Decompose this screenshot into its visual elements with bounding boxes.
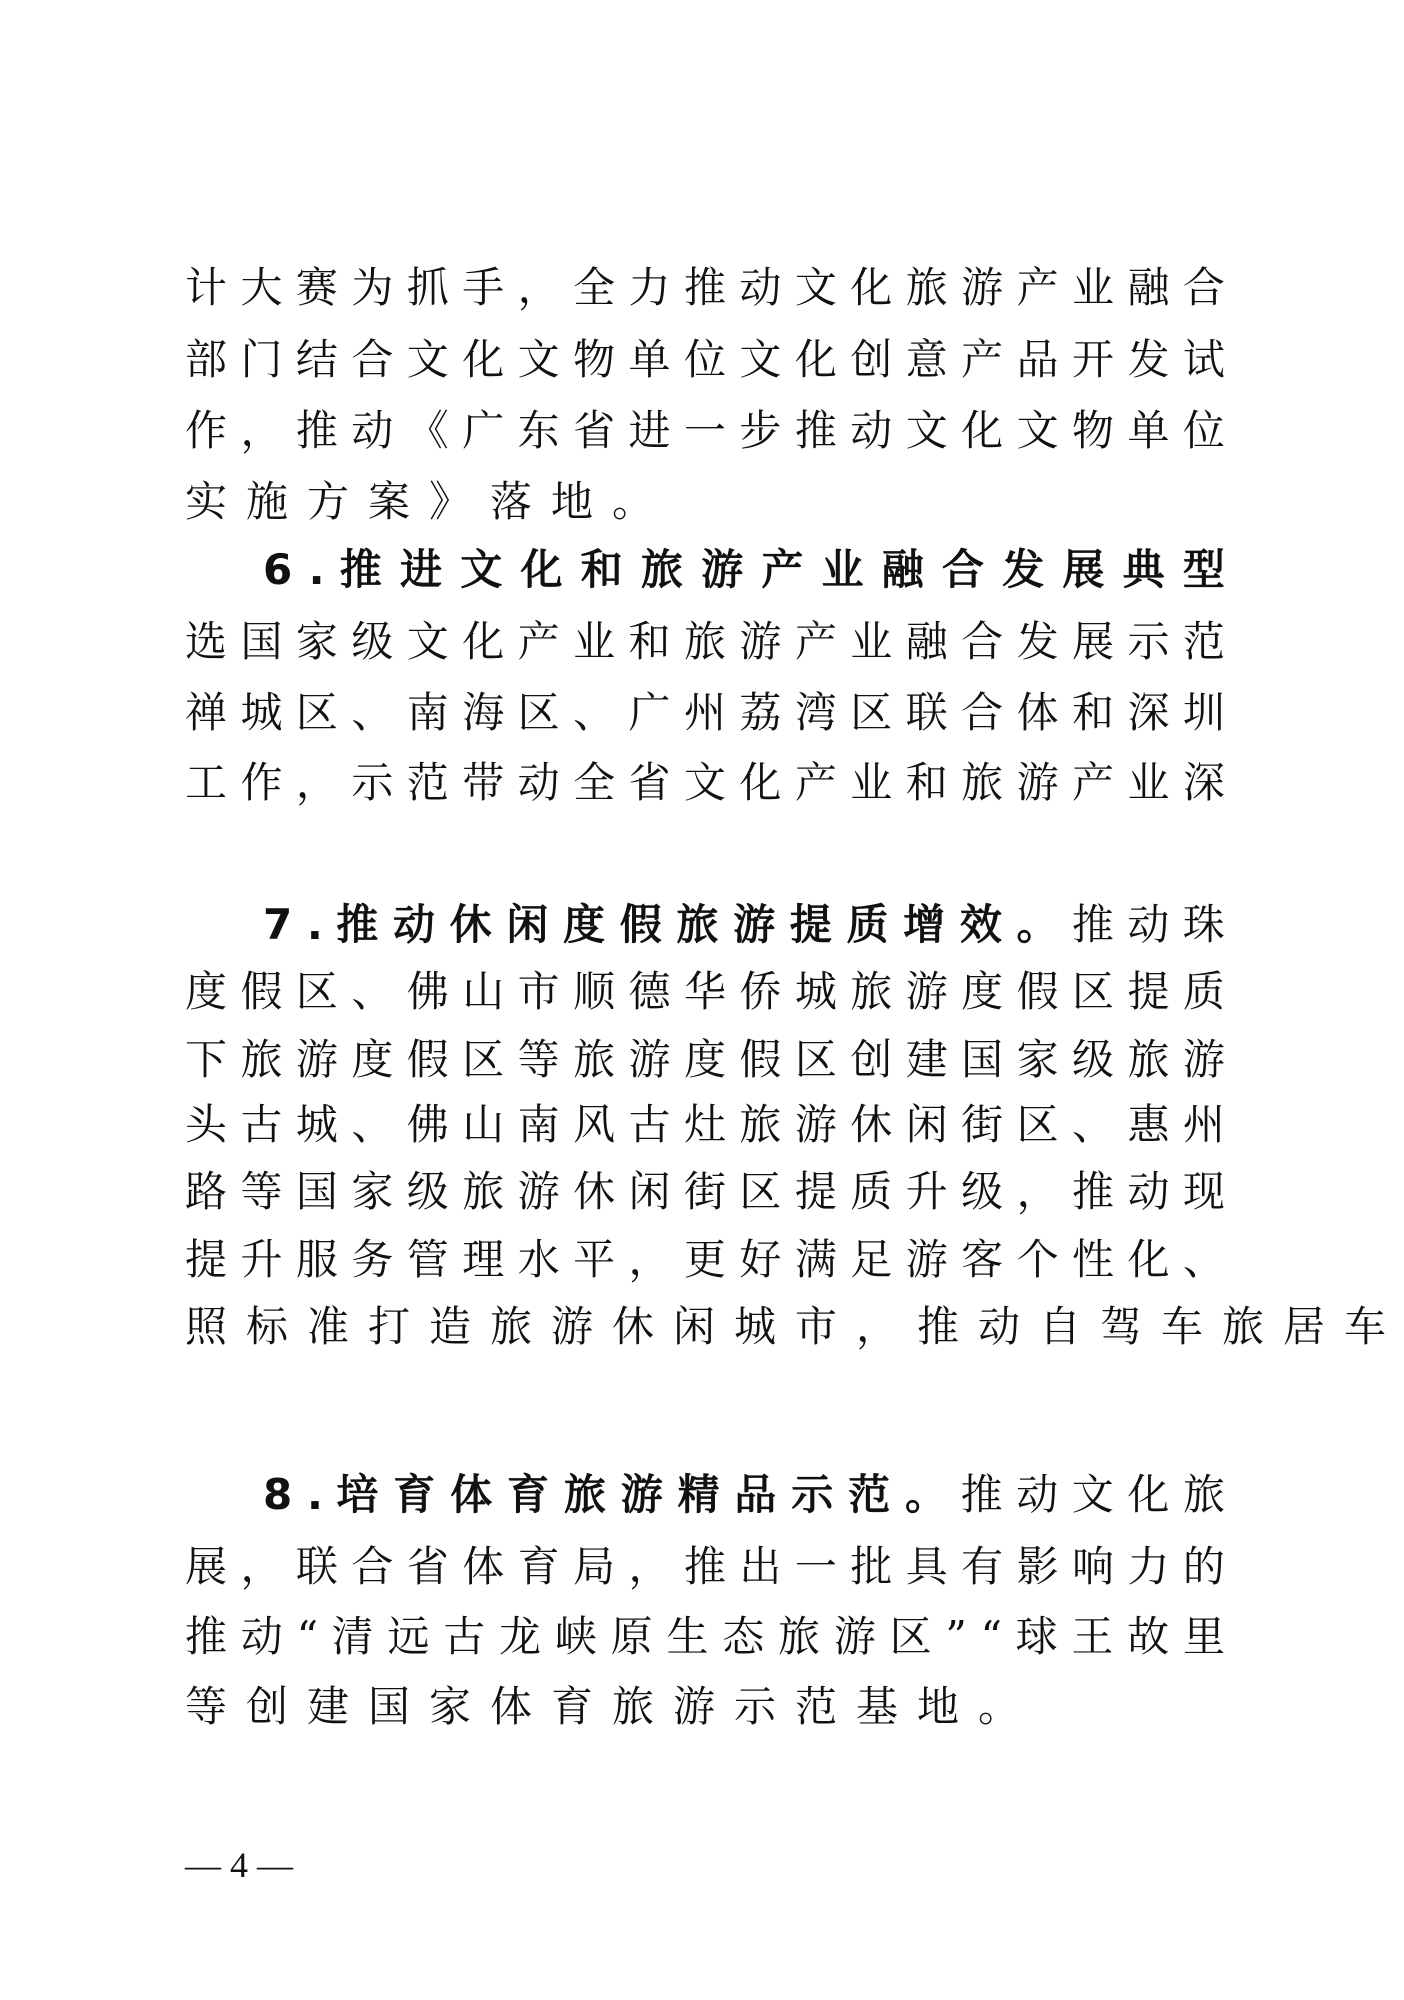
paragraph-line: 头​ 古​ 城​ 、​ 佛​ 山​ 南​ 风​ 古​ 灶​ 旅​ 游​ 休​ 闲… <box>185 1095 1225 1155</box>
paragraph-line: 作​ ，​ 推​ 动​ 《​ 广​ 东​ 省​ 进​ 一​ 步​ 推​ 动​ 文… <box>185 401 1225 461</box>
section-7-heading: 推​ 动​ 休​ 闲​ 度​ 假​ 旅​ 游​ 提​ 质​ 增​ 效​ 。 <box>336 900 1058 949</box>
section-7-first-line: 7​ . 推​ 动​ 休​ 闲​ 度​ 假​ 旅​ 游​ 提​ 质​ 增​ 效​… <box>263 895 1225 955</box>
section-8-number: 8​ . <box>263 1470 323 1519</box>
paragraph-line: 计​ 大​ 赛​ 为​ 抓​ 手​ ，​ 全​ 力​ 推​ 动​ 文​ 化​ 旅… <box>185 258 1225 318</box>
paragraph-line: 路​ 等​ 国​ 家​ 级​ 旅​ 游​ 休​ 闲​ 街​ 区​ 提​ 质​ 升… <box>185 1162 1225 1222</box>
paragraph-line: 度​ 假​ 区​ 、​ 佛​ 山​ 市​ 顺​ 德​ 华​ 侨​ 城​ 旅​ 游… <box>185 962 1225 1022</box>
section-6-number: 6​ . <box>263 545 325 594</box>
section-8-first-line: 8​ . 培​ 育​ 体​ 育​ 旅​ 游​ 精​ 品​ 示​ 范​ 。 推​ … <box>263 1465 1225 1525</box>
section-7-number: 7​ . <box>263 900 323 949</box>
section-6-first-line: 6​ . 推​ 进​ 文​ 化​ 和​ 旅​ 游​ 产​ 业​ 融​ 合​ 发​… <box>263 540 1225 600</box>
paragraph-line: 工​ 作​ ，​ 示​ 范​ 带​ 动​ 全​ 省​ 文​ 化​ 产​ 业​ 和… <box>185 753 1225 813</box>
paragraph-line: 部​ 门​ 结​ 合​ 文​ 化​ 文​ 物​ 单​ 位​ 文​ 化​ 创​ 意… <box>185 330 1225 390</box>
section-8-heading: 培​ 育​ 体​ 育​ 旅​ 游​ 精​ 品​ 示​ 范​ 。 <box>336 1470 947 1519</box>
paragraph-line: 推​ 动​ “​ 清​ 远​ 古​ 龙​ 峡​ 原​ 生​ 态​ 旅​ 游​ 区… <box>185 1607 1225 1667</box>
paragraph-line: 选​ 国​ 家​ 级​ 文​ 化​ 产​ 业​ 和​ 旅​ 游​ 产​ 业​ 融… <box>185 612 1225 672</box>
section-6-heading: 推​ 进​ 文​ 化​ 和​ 旅​ 游​ 产​ 业​ 融​ 合​ 发​ 展​ 典… <box>263 545 1225 600</box>
paragraph-line: 禅​ 城​ 区​ 、​ 南​ 海​ 区​ 、​ 广​ 州​ 荔​ 湾​ 区​ 联… <box>185 683 1225 743</box>
paragraph-line: 下​ 旅​ 游​ 度​ 假​ 区​ 等​ 旅​ 游​ 度​ 假​ 区​ 创​ 建… <box>185 1030 1225 1090</box>
page-number: — 4 — <box>185 1843 293 1887</box>
paragraph-line: 提​ 升​ 服​ 务​ 管​ 理​ 水​ 平​ ，​ 更​ 好​ 满​ 足​ 游… <box>185 1230 1225 1290</box>
paragraph-line: 照标准打造旅游休闲城市，推动自驾车旅居车营地建设。 <box>185 1297 1225 1357</box>
paragraph-line: 实施方案》落地。 <box>185 472 1225 532</box>
paragraph-line: 等创建国家体育旅游示范基地。 <box>185 1677 1225 1737</box>
document-page: 计​ 大​ 赛​ 为​ 抓​ 手​ ，​ 全​ 力​ 推​ 动​ 文​ 化​ 旅… <box>0 0 1404 2000</box>
paragraph-line: 展​ ，​ 联​ 合​ 省​ 体​ 育​ 局​ ，​ 推​ 出​ 一​ 批​ 具… <box>185 1537 1225 1597</box>
